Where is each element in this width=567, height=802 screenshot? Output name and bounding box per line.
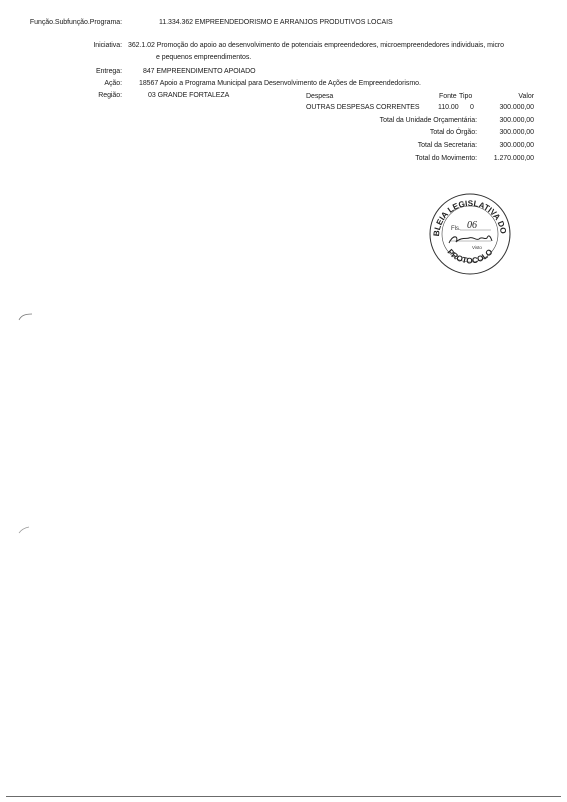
col-valor: Valor [480, 92, 534, 101]
total-orgao-value: 300.000,00 [480, 128, 534, 137]
value-acao: 18567 Apoio a Programa Municipal para De… [139, 79, 421, 88]
label-regiao: Região: [0, 91, 122, 100]
row-fonte: 110.00 [438, 103, 459, 112]
stamp-seal-icon: ASSEMBLEIA LEGISLATIVA DO CEARÁ PROTOCOL… [429, 193, 511, 275]
total-unidade-label: Total da Unidade Orçamentária: [300, 116, 477, 125]
col-tipo: Tipo [459, 92, 472, 101]
col-fonte: Fonte [439, 92, 457, 101]
total-secretaria-label: Total da Secretaria: [300, 141, 477, 150]
total-orgao-label: Total do Órgão: [300, 128, 477, 137]
row-valor: 300.000,00 [480, 103, 534, 112]
total-secretaria-value: 300.000,00 [480, 141, 534, 150]
svg-text:PROTOCOLO: PROTOCOLO [446, 247, 495, 266]
value-entrega: 847 EMPREENDIMENTO APOIADO [143, 67, 256, 76]
total-movimento-value: 1.270.000,00 [480, 154, 534, 163]
total-movimento-label: Total do Movimento: [300, 154, 477, 163]
total-unidade-value: 300.000,00 [480, 116, 534, 125]
label-acao: Ação: [0, 79, 122, 88]
value-regiao: 03 GRANDE FORTALEZA [148, 91, 229, 100]
svg-text:Visto: Visto [472, 245, 482, 250]
label-iniciativa: Iniciativa: [0, 41, 122, 50]
svg-text:06: 06 [467, 220, 477, 231]
protocol-stamp: ASSEMBLEIA LEGISLATIVA DO CEARÁ PROTOCOL… [429, 193, 511, 275]
label-funcao-programa: Função.Subfunção.Programa: [0, 18, 122, 27]
row-tipo: 0 [470, 103, 474, 112]
label-entrega: Entrega: [0, 67, 122, 76]
row-despesa: OUTRAS DESPESAS CORRENTES [306, 103, 420, 112]
value-iniciativa-cont: e pequenos empreendimentos. [156, 53, 251, 62]
scan-mark-bottom [18, 525, 32, 535]
page-bottom-rule [6, 796, 561, 797]
scan-mark-top [18, 312, 34, 322]
svg-text:Fls.: Fls. [451, 226, 461, 232]
value-funcao-programa: 11.334.362 EMPREENDEDORISMO E ARRANJOS P… [159, 18, 393, 27]
value-iniciativa: 362.1.02 Promoção do apoio ao desenvolvi… [128, 41, 504, 50]
col-despesa: Despesa [306, 92, 333, 101]
